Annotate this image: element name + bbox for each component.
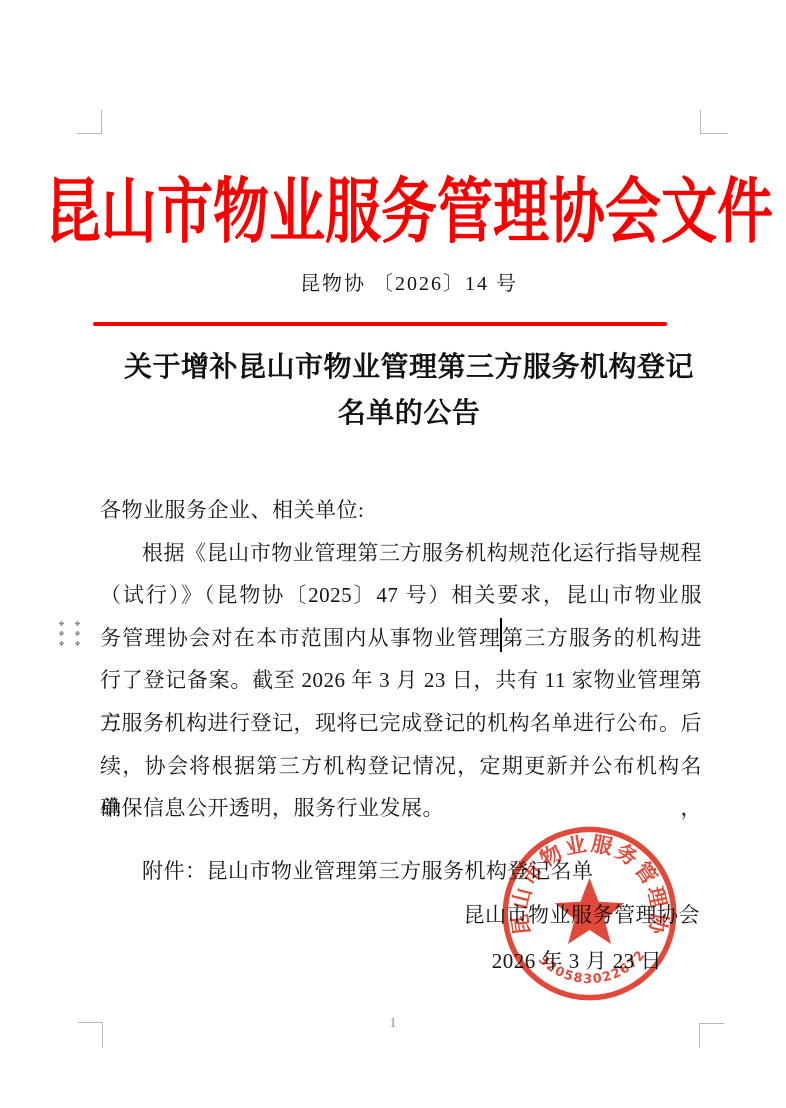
- signature-org[interactable]: 昆山市物业服务管理协会: [464, 899, 701, 929]
- body-salutation[interactable]: 各物业服务企业、相关单位:: [100, 489, 702, 532]
- document-page: 昆山市物业服务管理协会文件 昆物协 〔2026〕14 号 关于增补昆山市物业管理…: [0, 0, 786, 1108]
- page-number: 1: [0, 1016, 786, 1032]
- body-line[interactable]: 方服务机构进行登记，现将已完成登记的机构名单进行公布。后: [100, 702, 702, 745]
- body-line[interactable]: 根据《昆山市物业管理第三方服务机构规范化运行指导规程: [100, 532, 702, 575]
- document-title-line1[interactable]: 关于增补昆山市物业管理第三方服务机构登记: [32, 345, 786, 391]
- body-line-text[interactable]: 第三方服务的机构进: [501, 626, 702, 650]
- document-title[interactable]: 关于增补昆山市物业管理第三方服务机构登记 名单的公告: [32, 345, 786, 437]
- body-line[interactable]: 续，协会将根据第三方机构登记情况，定期更新并公布机构名单，: [100, 745, 702, 788]
- crop-mark-top-right-icon: [700, 110, 728, 134]
- signature-date[interactable]: 2026 年 3 月 23 日: [492, 945, 662, 975]
- body-text[interactable]: 各物业服务企业、相关单位: 根据《昆山市物业管理第三方服务机构规范化运行指导规程…: [100, 489, 702, 830]
- masthead-divider-rule: [93, 322, 667, 326]
- masthead-title[interactable]: 昆山市物业服务管理协会文件: [32, 156, 786, 258]
- body-line-text[interactable]: 务管理协会对在本市范围内从事物业管理: [100, 626, 501, 650]
- attachment-line[interactable]: 附件：昆山市物业管理第三方服务机构登记名单: [142, 855, 594, 885]
- body-line[interactable]: （试行）》（昆物协〔2025〕47 号）相关要求，昆山市物业服: [100, 574, 702, 617]
- document-title-line2[interactable]: 名单的公告: [32, 391, 786, 437]
- document-number[interactable]: 昆物协 〔2026〕14 号: [32, 267, 786, 296]
- body-line[interactable]: 务管理协会对在本市范围内从事物业管理第三方服务的机构进: [100, 617, 702, 660]
- crop-mark-top-left-icon: [77, 110, 102, 134]
- body-line[interactable]: 行了登记备案。截至 2026 年 3 月 23 日，共有 11 家物业管理第三: [100, 659, 702, 702]
- drag-handle-icon[interactable]: [59, 621, 80, 646]
